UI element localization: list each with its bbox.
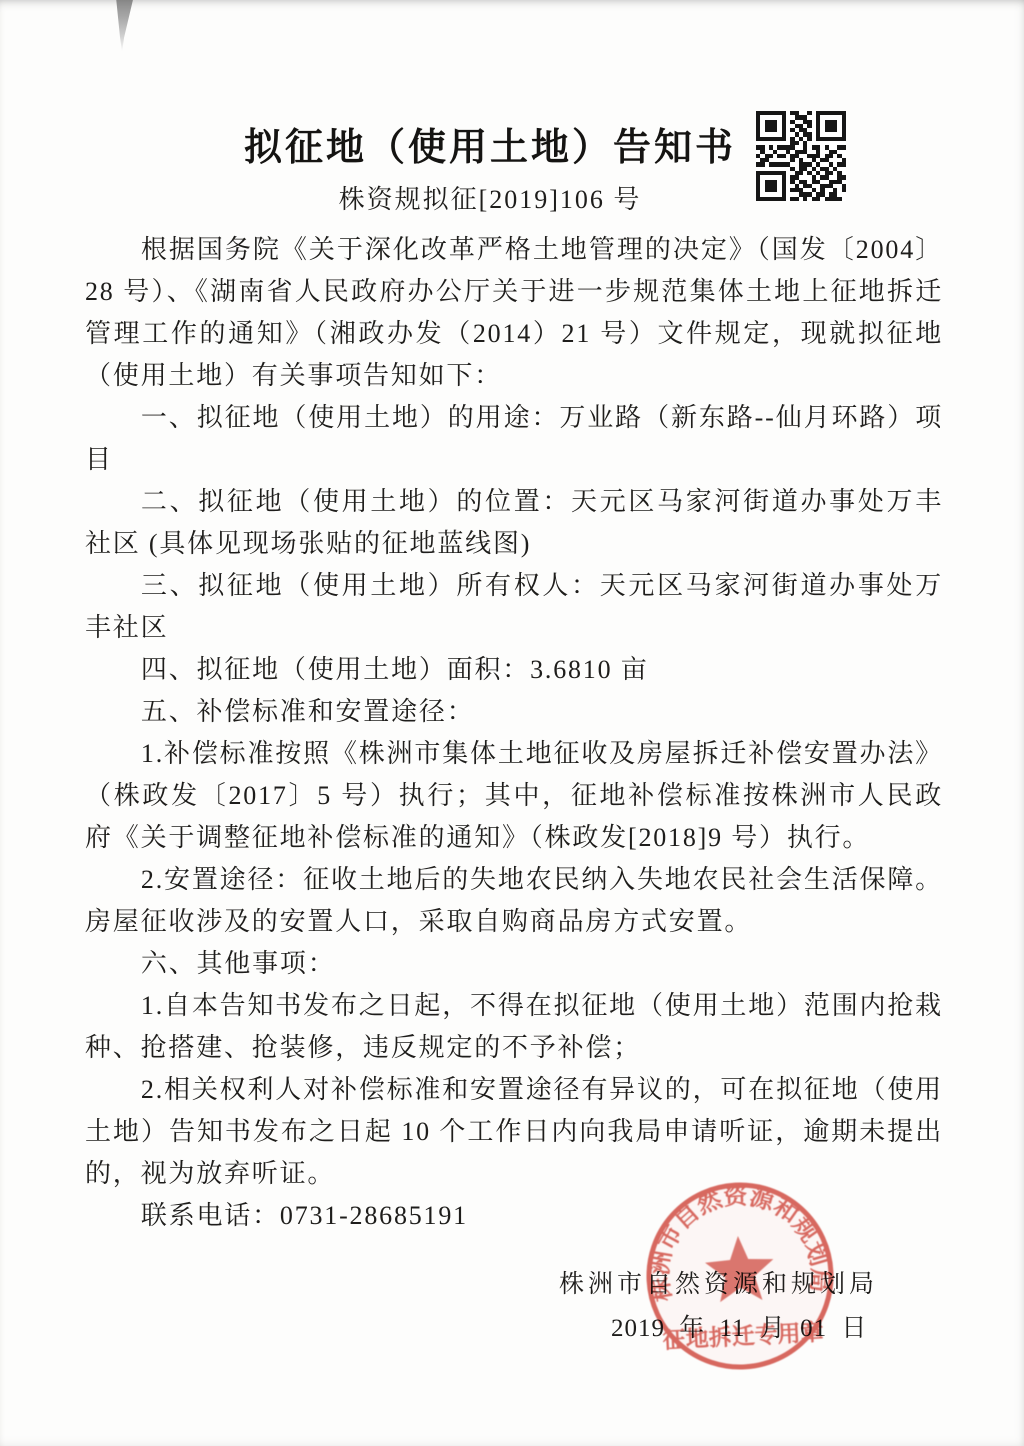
body-paragraph: 四、拟征地（使用土地）面积：3.6810 亩: [85, 649, 943, 691]
body-paragraph: 五、补偿标准和安置途径：: [85, 691, 943, 733]
body-paragraph: 六、其他事项：: [85, 943, 943, 985]
ink-smudge-artifact: [109, 0, 135, 52]
scanned-document-page: 拟征地（使用土地）告知书 株资规拟征[2019]106 号 根据国务院《关于深化…: [0, 0, 1024, 1446]
document-number: 株资规拟征[2019]106 号: [0, 179, 980, 216]
official-seal: 株洲市自然资源和规划局 征地拆迁专用章: [643, 1176, 839, 1378]
body-paragraph: 2.安置途径：征收土地后的失地农民纳入失地农民社会生活保障。房屋征收涉及的安置人…: [85, 859, 943, 943]
body-paragraph: 1.补偿标准按照《株洲市集体土地征收及房屋拆迁补偿安置办法》（株政发〔2017〕…: [85, 733, 943, 859]
body-paragraph: 一、拟征地（使用土地）的用途：万业路（新东路--仙月环路）项目: [85, 397, 943, 481]
body-paragraph: 二、拟征地（使用土地）的位置：天元区马家河街道办事处万丰社区 (具体见现场张贴的…: [85, 481, 943, 565]
body-paragraph: 1.自本告知书发布之日起，不得在拟征地（使用土地）范围内抢栽种、抢搭建、抢装修，…: [85, 985, 943, 1069]
body-paragraph: 三、拟征地（使用土地）所有权人：天元区马家河街道办事处万丰社区: [85, 565, 943, 649]
document-body: 根据国务院《关于深化改革严格土地管理的决定》（国发〔2004〕28 号）、《湖南…: [85, 229, 943, 1237]
body-paragraph: 根据国务院《关于深化改革严格土地管理的决定》（国发〔2004〕28 号）、《湖南…: [85, 229, 943, 397]
